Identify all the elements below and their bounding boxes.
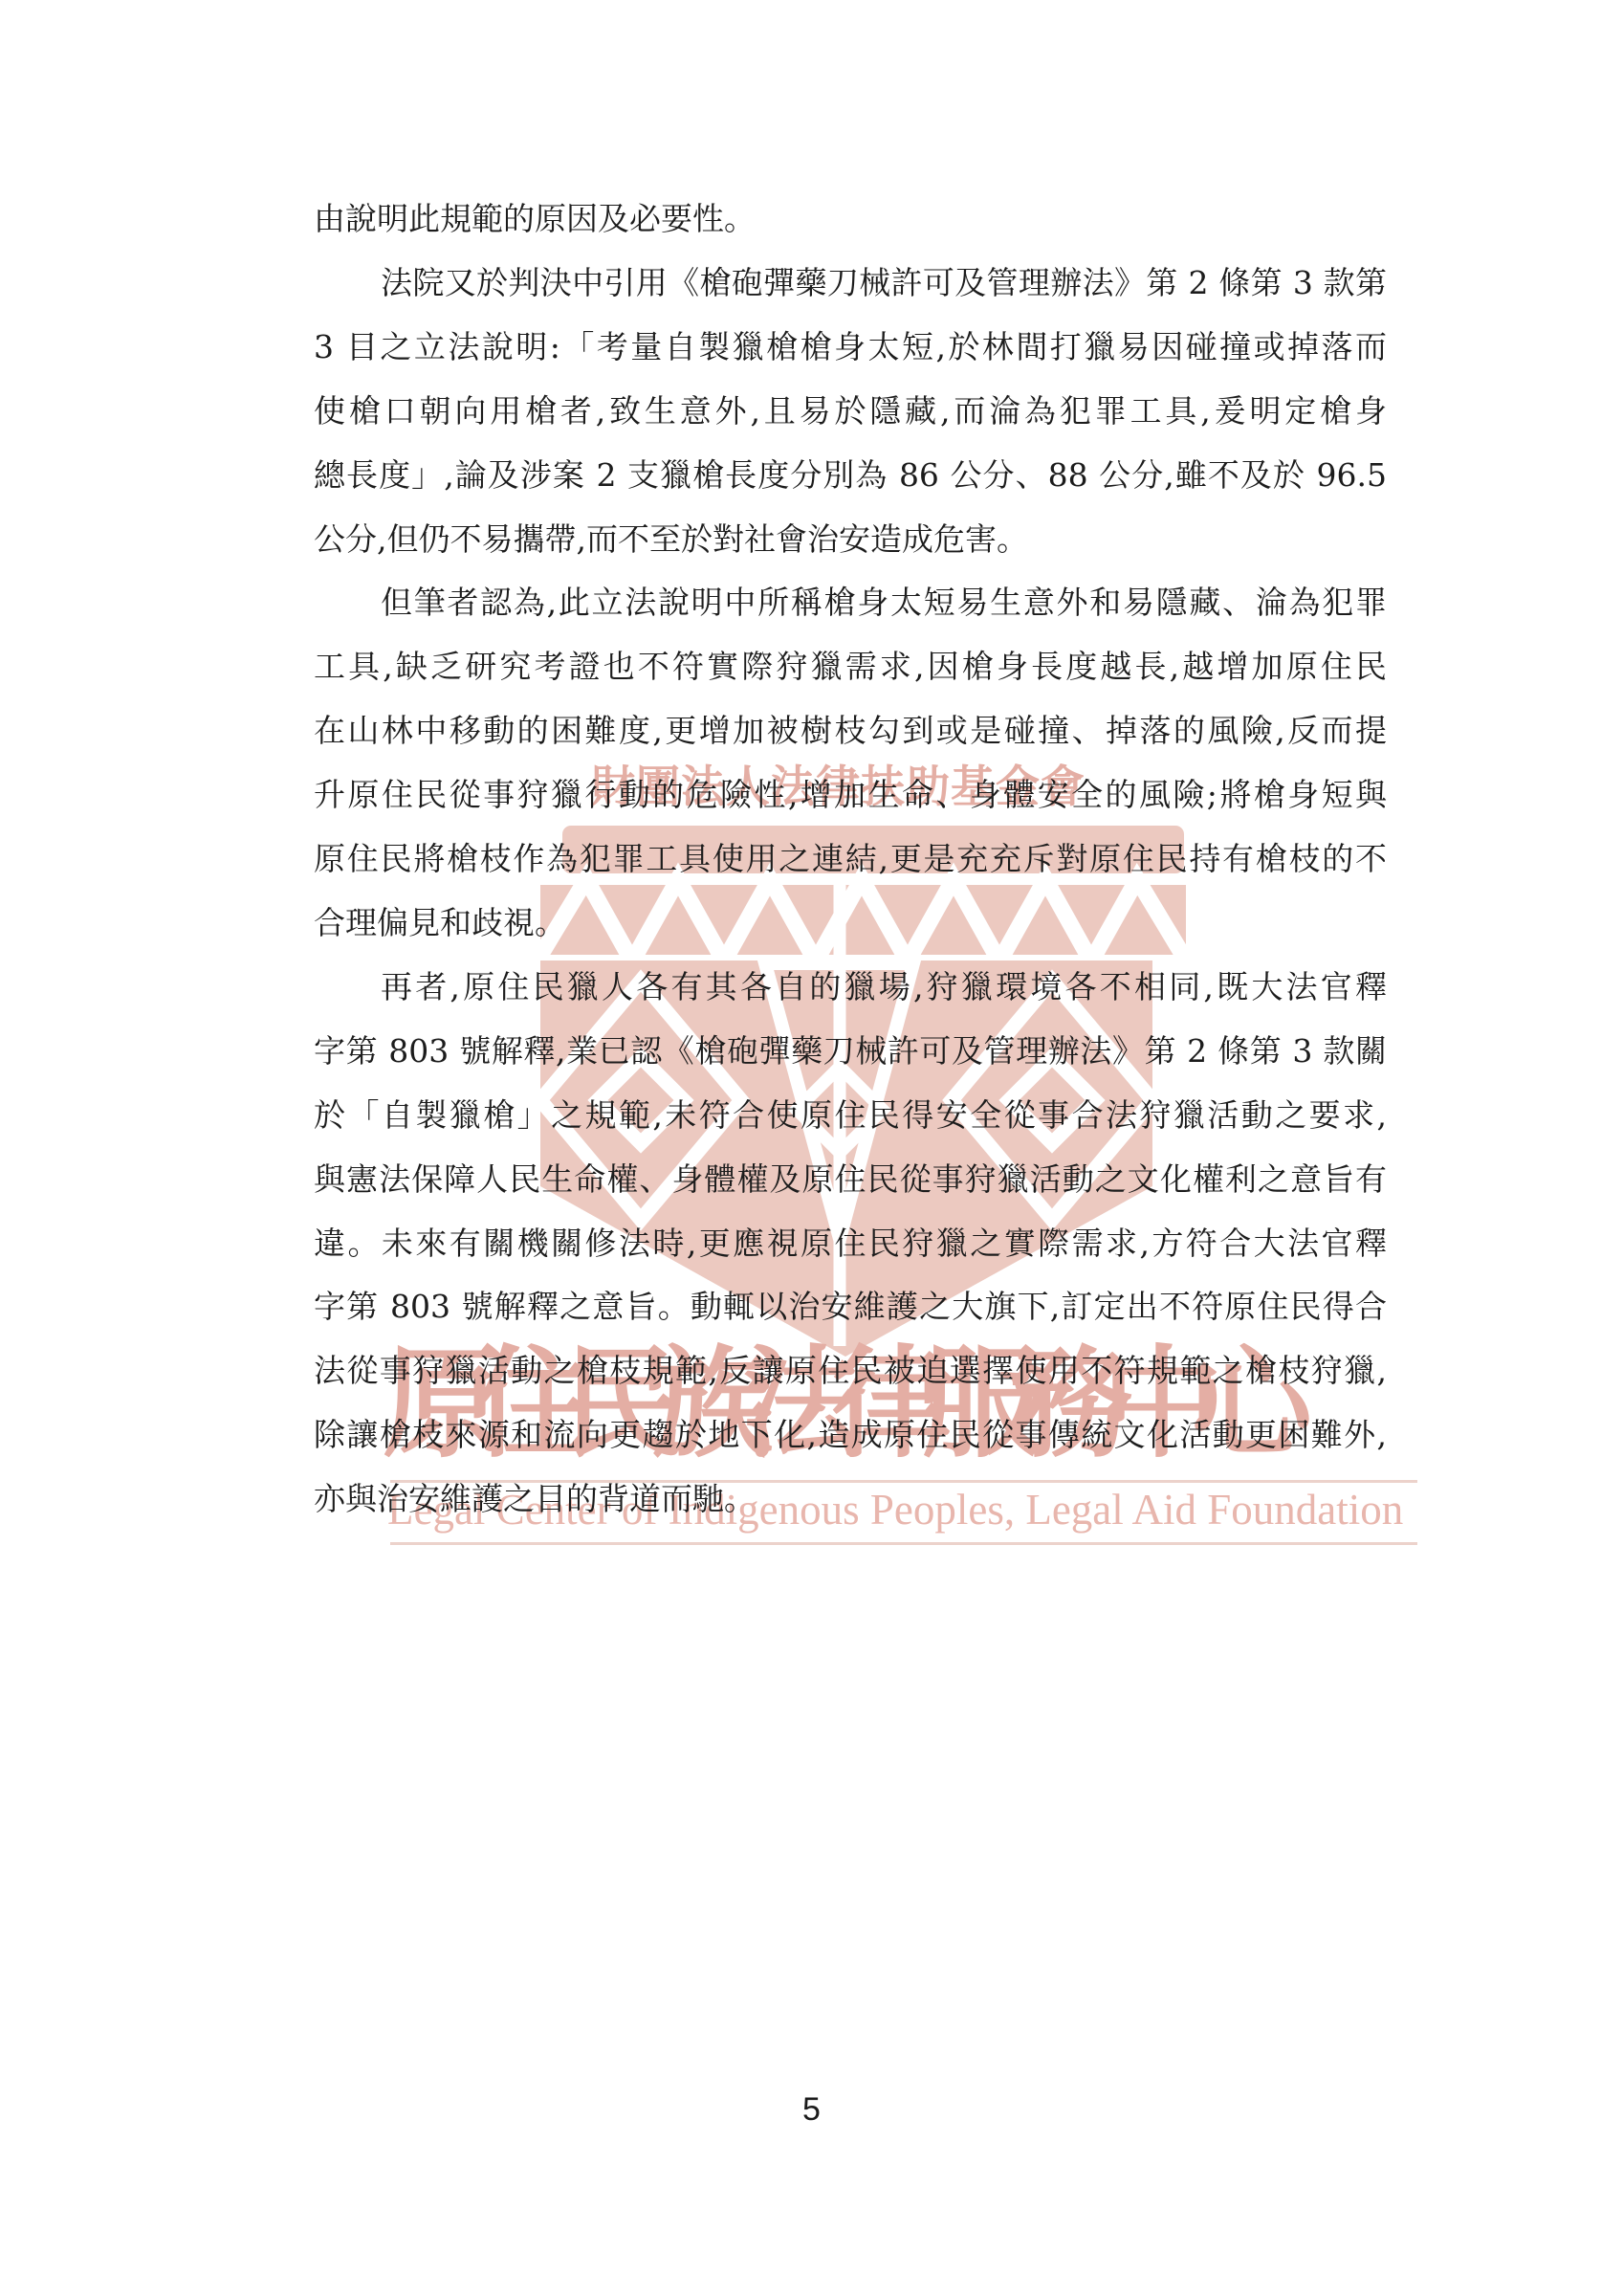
text-line: 總長度」,論及涉案 2 支獵槍長度分別為 86 公分、88 公分,雖不及於 96… (314, 444, 1387, 508)
text-line: 於「自製獵槍」之規範,未符合使原住民得安全從事合法狩獵活動之要求, (314, 1084, 1387, 1148)
text-line: 除讓槍枝來源和流向更趨於地下化,造成原住民從事傳統文化活動更困難外, (314, 1403, 1387, 1468)
text-line: 與憲法保障人民生命權、身體權及原住民從事狩獵活動之文化權利之意旨有 (314, 1148, 1387, 1212)
document-page: 財團法人法律扶助基金會 原住民族法律服務中心 Legal Cent (0, 0, 1623, 2296)
text-block: 由說明此規範的原因及必要性。法院又於判決中引用《槍砲彈藥刀械許可及管理辦法》第 … (314, 188, 1387, 1532)
text-line: 但筆者認為,此立法說明中所稱槍身太短易生意外和易隱藏、淪為犯罪 (314, 571, 1387, 635)
text-line: 合理偏見和歧視。 (314, 892, 1387, 956)
text-line: 字第 803 號解釋,業已認《槍砲彈藥刀械許可及管理辦法》第 2 條第 3 款關 (314, 1020, 1387, 1084)
text-line: 使槍口朝向用槍者,致生意外,且易於隱藏,而淪為犯罪工具,爰明定槍身 (314, 380, 1387, 444)
page-number: 5 (0, 2091, 1623, 2129)
text-line: 3 目之立法說明:「考量自製獵槍槍身太短,於林間打獵易因碰撞或掉落而 (314, 316, 1387, 380)
text-line: 字第 803 號解釋之意旨。動輒以治安維護之大旗下,訂定出不符原住民得合 (314, 1275, 1387, 1339)
text-line: 法院又於判決中引用《槍砲彈藥刀械許可及管理辦法》第 2 條第 3 款第 (314, 252, 1387, 316)
text-line: 法從事狩獵活動之槍枝規範,反讓原住民被迫選擇使用不符規範之槍枝狩獵, (314, 1339, 1387, 1403)
text-line: 由說明此規範的原因及必要性。 (314, 188, 1387, 252)
watermark-divider-bottom (390, 1542, 1417, 1545)
text-line: 在山林中移動的困難度,更增加被樹枝勾到或是碰撞、掉落的風險,反而提 (314, 699, 1387, 763)
text-line: 公分,但仍不易攜帶,而不至於對社會治安造成危害。 (314, 508, 1387, 572)
text-line: 升原住民從事狩獵行動的危險性,增加生命、身體安全的風險;將槍身短與 (314, 763, 1387, 828)
text-line: 再者,原住民獵人各有其各自的獵場,狩獵環境各不相同,既大法官釋 (314, 956, 1387, 1020)
text-line: 工具,缺乏研究考證也不符實際狩獵需求,因槍身長度越長,越增加原住民 (314, 635, 1387, 699)
text-line: 亦與治安維護之目的背道而馳。 (314, 1468, 1387, 1532)
text-line: 違。未來有關機關修法時,更應視原住民狩獵之實際需求,方符合大法官釋 (314, 1212, 1387, 1276)
text-line: 原住民將槍枝作為犯罪工具使用之連結,更是充充斥對原住民持有槍枝的不 (314, 828, 1387, 892)
